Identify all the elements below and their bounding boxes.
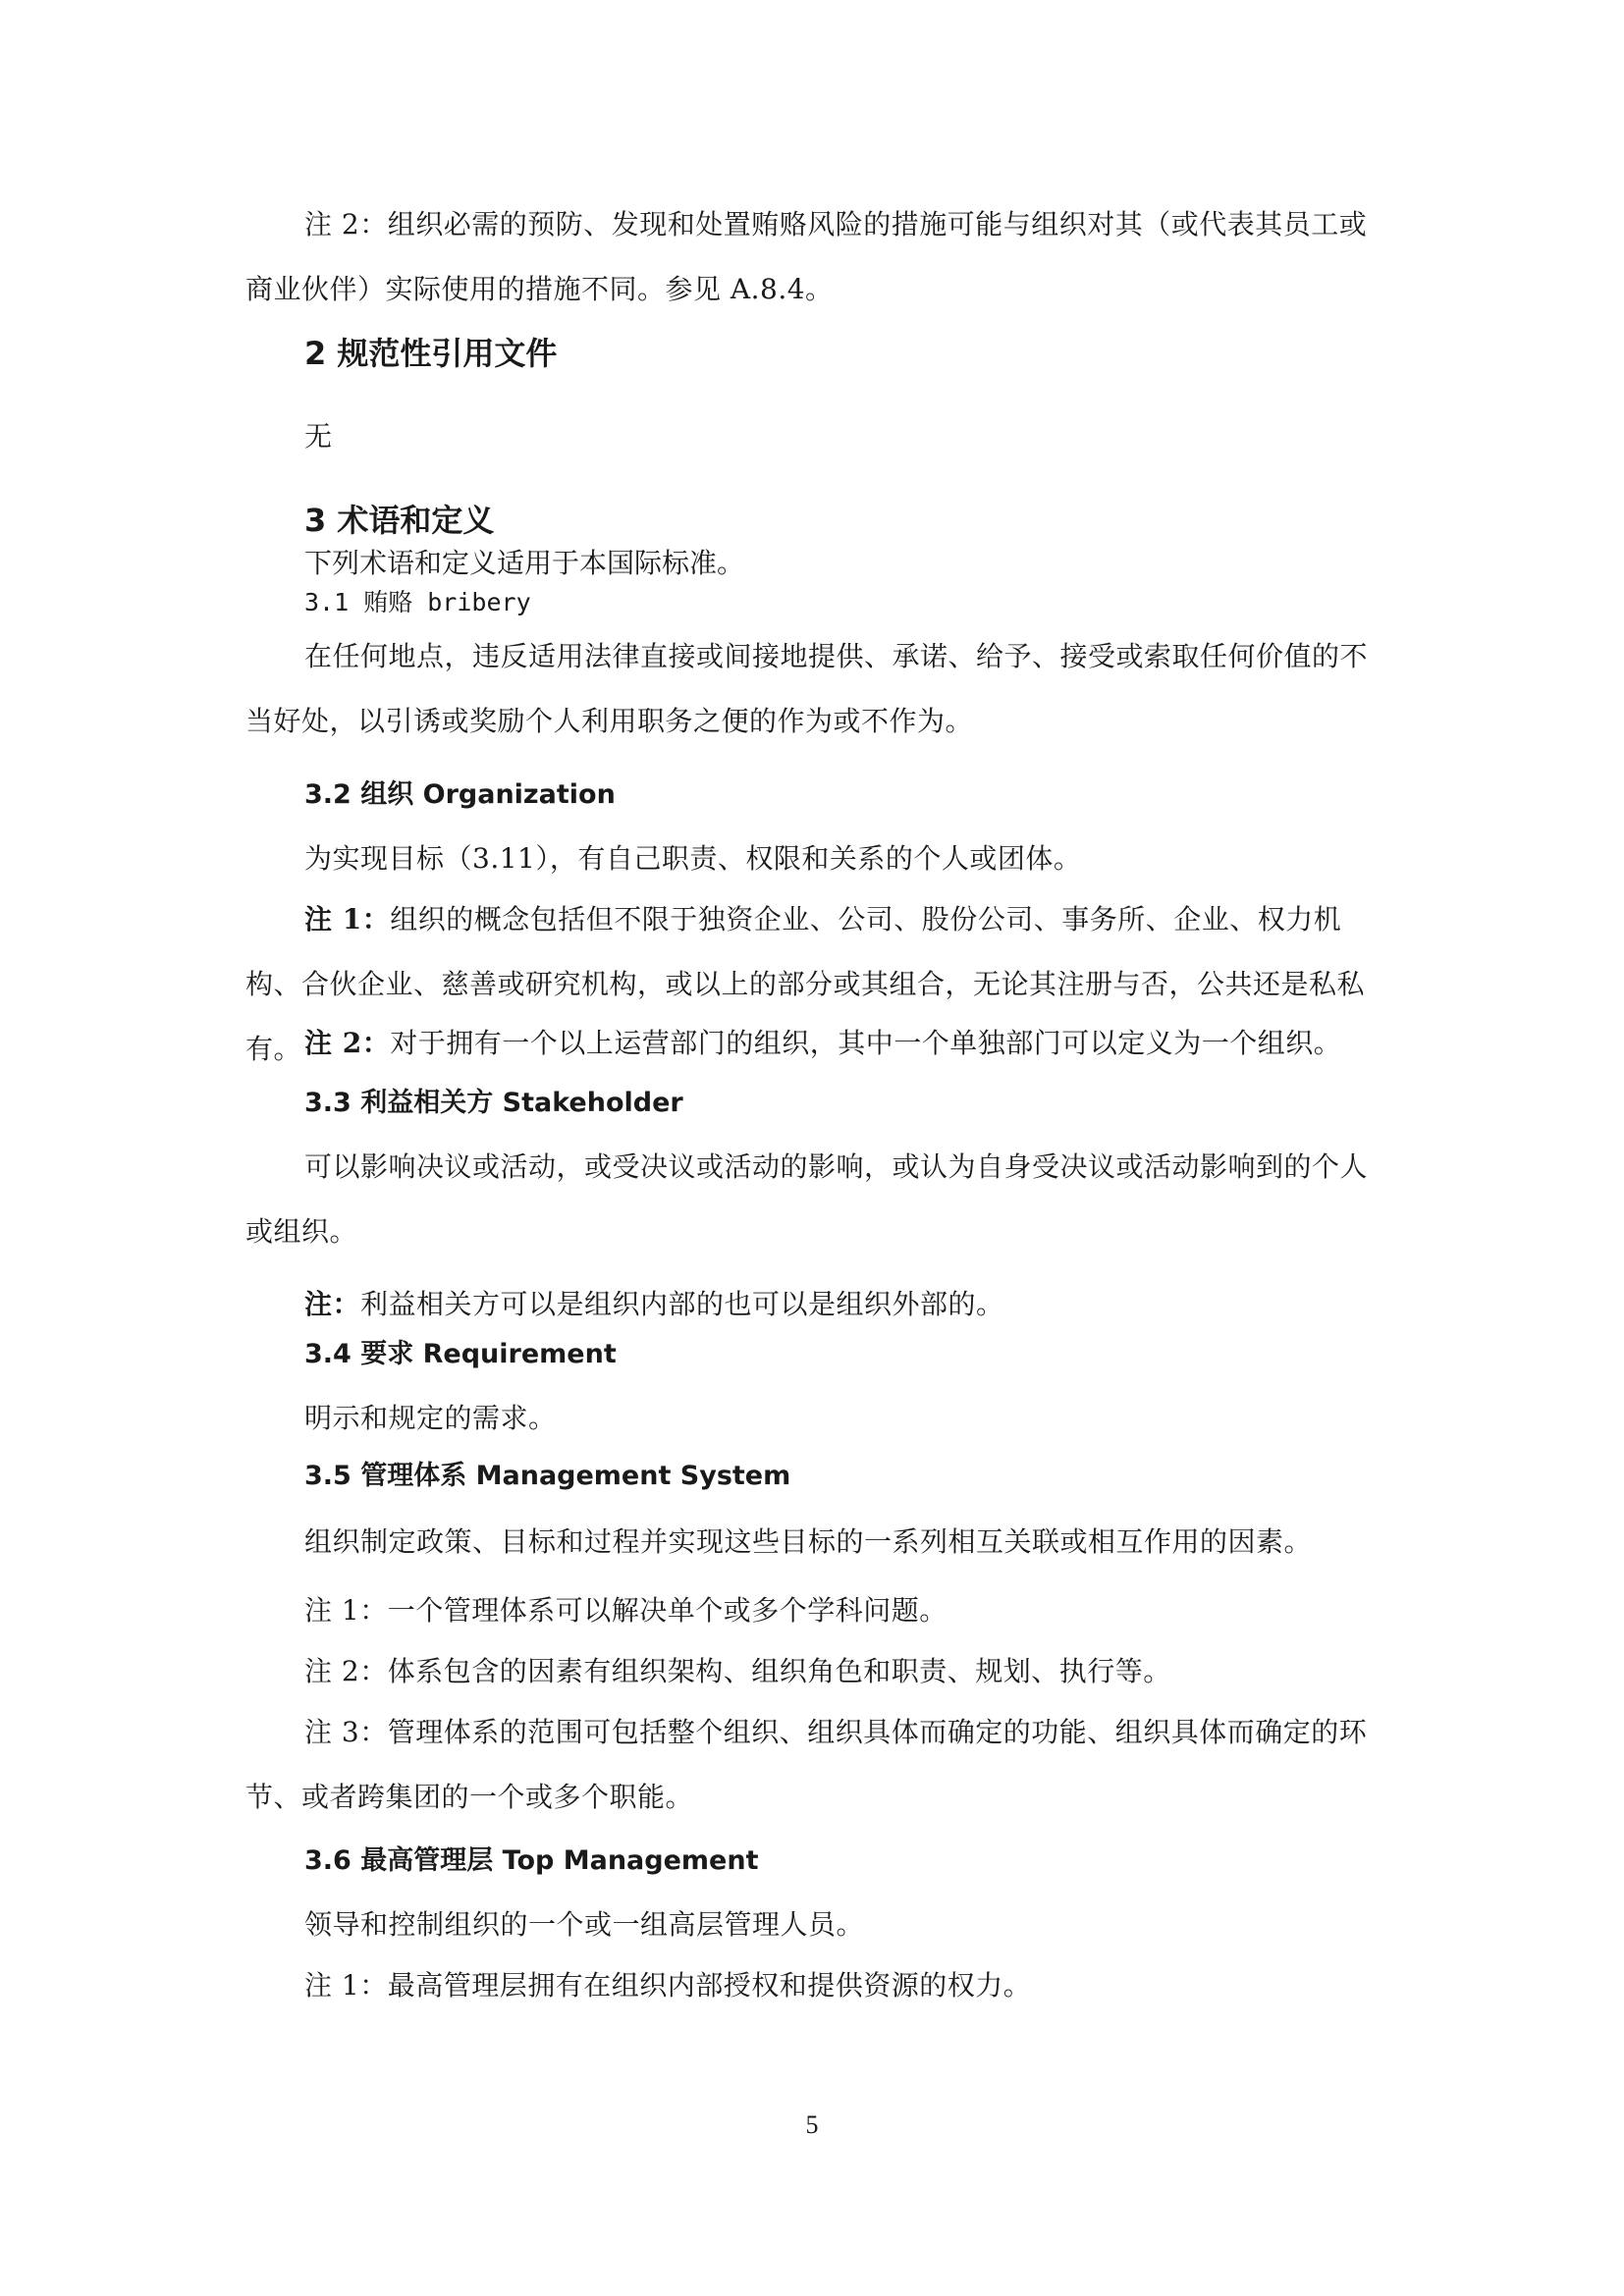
term-3-3-heading: 3.3 利益相关方 Stakeholder: [245, 1084, 1443, 1123]
term-3-5-heading: 3.5 管理体系 Management System: [245, 1457, 1443, 1496]
term-3-4-definition: 明示和规定的需求。: [245, 1386, 1384, 1451]
term-3-1-definition: 在任何地点，违反适用法律直接或间接地提供、承诺、给予、接受或索取任何价值的不当好…: [245, 624, 1384, 754]
section-2-heading: 2 规范性引用文件: [245, 332, 1443, 375]
term-3-6-note-1: 注 1：最高管理层拥有在组织内部授权和提供资源的权力。: [245, 1953, 1384, 2018]
note-label: 注 2：: [304, 1027, 390, 1059]
section-3-heading: 3 术语和定义: [245, 499, 1443, 542]
term-3-6-heading: 3.6 最高管理层 Top Management: [245, 1842, 1443, 1881]
term-3-6-definition: 领导和控制组织的一个或一组高层管理人员。: [245, 1893, 1384, 1957]
term-3-2-heading: 3.2 组织 Organization: [245, 775, 1443, 815]
term-3-5-note-3: 注 3：管理体系的范围可包括整个组织、组织具体而确定的功能、组织具体而确定的环节…: [245, 1700, 1384, 1830]
term-3-1-heading: 3.1 贿赂 bribery: [245, 585, 1443, 620]
term-3-5-definition: 组织制定政策、目标和过程并实现这些目标的一系列相互关联或相互作用的因素。: [245, 1510, 1384, 1575]
term-3-5-note-1: 注 1：一个管理体系可以解决单个或多个学科问题。: [245, 1578, 1384, 1643]
page-number: 5: [0, 2110, 1624, 2140]
term-3-2-note-2: 注 2：对于拥有一个以上运营部门的组织，其中一个单独部门可以定义为一个组织。: [245, 1011, 1384, 1076]
section-3-intro: 下列术语和定义适用于本国际标准。: [245, 544, 1384, 583]
term-3-5-note-2: 注 2：体系包含的因素有组织架构、组织角色和职责、规划、执行等。: [245, 1639, 1384, 1704]
term-3-4-heading: 3.4 要求 Requirement: [245, 1335, 1443, 1374]
note-label: 注：: [304, 1288, 360, 1320]
section-2-body: 无: [245, 404, 1384, 469]
note-2-previous-section: 注 2：组织必需的预防、发现和处置贿赂风险的措施可能与组织对其（或代表其员工或商…: [245, 192, 1384, 322]
term-3-2-definition: 为实现目标（3.11），有自己职责、权限和关系的个人或团体。: [245, 827, 1384, 891]
note-label: 注 1：: [304, 903, 390, 935]
term-3-3-definition: 可以影响决议或活动，或受决议或活动的影响，或认为自身受决议或活动影响到的个人或组…: [245, 1135, 1384, 1264]
term-3-3-note: 注：利益相关方可以是组织内部的也可以是组织外部的。: [245, 1272, 1384, 1337]
